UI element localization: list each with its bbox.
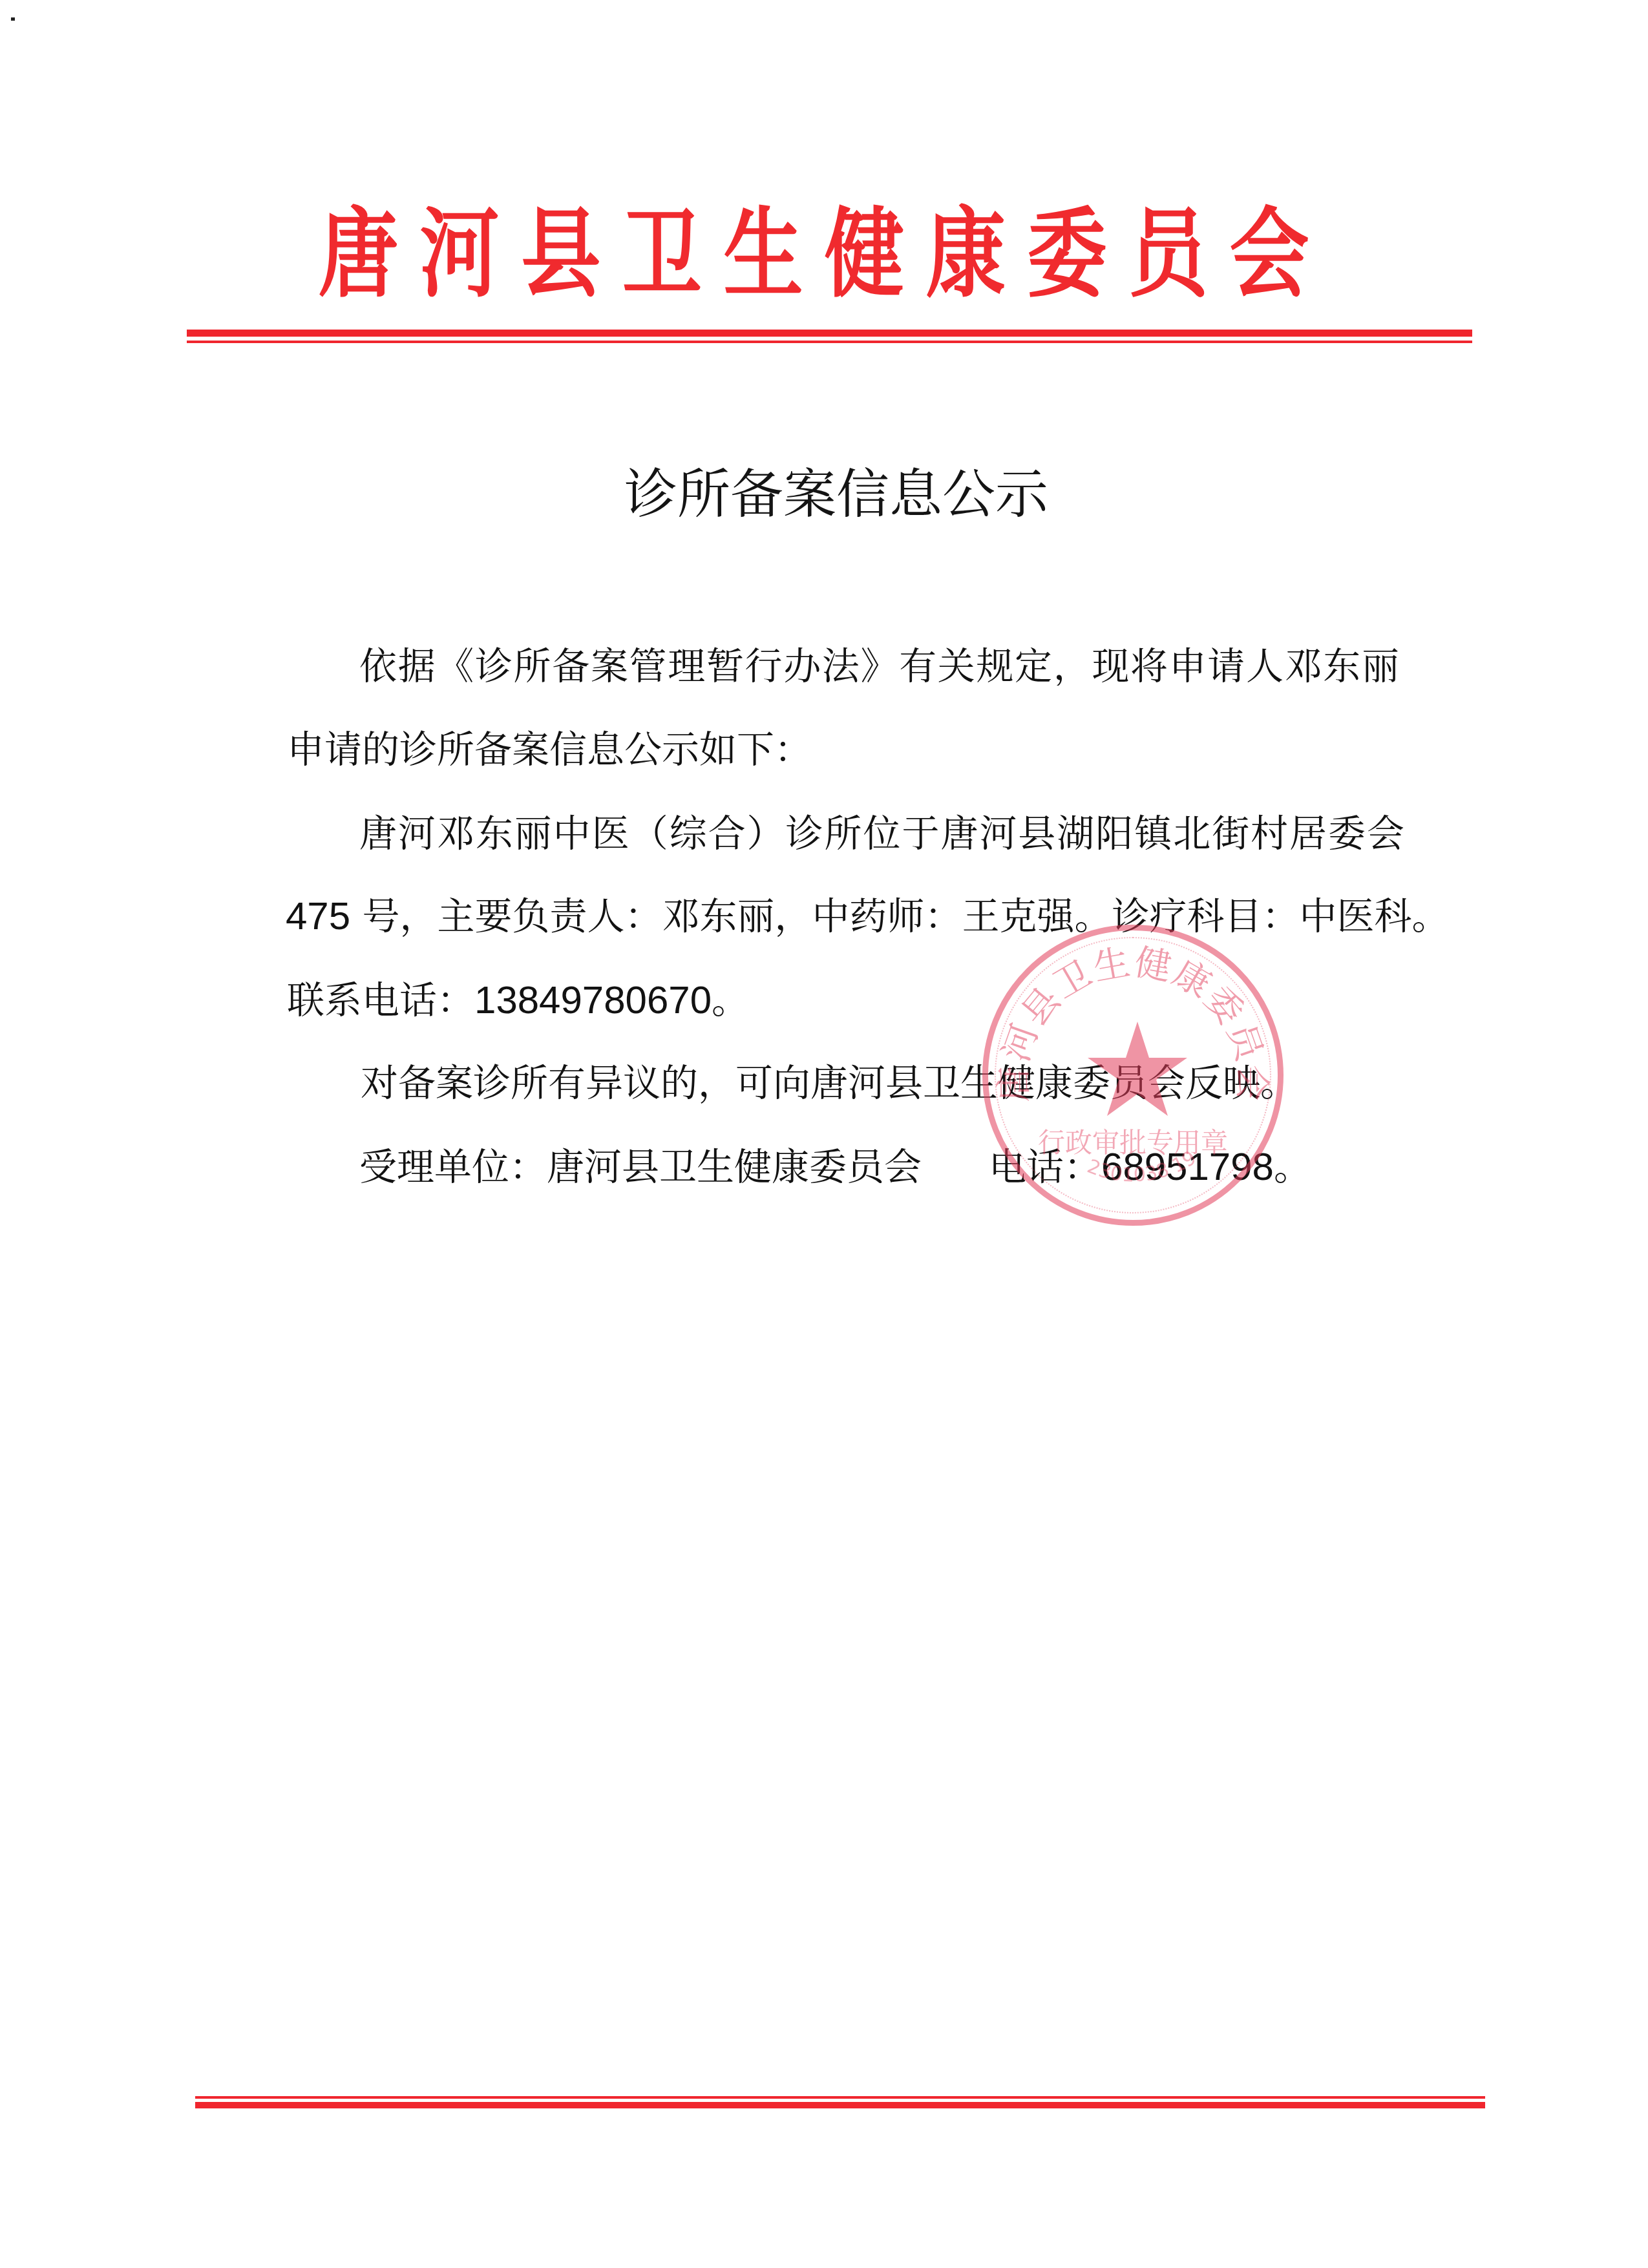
paragraph-2-line-1: 唐河邓东丽中医（综合）诊所位于唐河县湖阳镇北街村居委会 [359,814,1404,853]
org-title: 唐河县卫生健康委员会 [319,205,1331,302]
document-subtitle: 诊所备案信息公示 [624,468,1048,522]
paragraph-1-line-1: 依据《诊所备案管理暂行办法》有关规定，现将申请人邓东丽所 [359,647,1399,686]
scan-speck [11,17,15,21]
house-number: 475 [286,894,350,938]
paragraph-2-line-2-text: 号，主要负责人：邓东丽，中药师：王克强。诊疗科目：中医科。 [350,894,1449,938]
paragraph-2-line-3: 联系电话：13849780670。 [287,981,749,1020]
seal-graphics: 唐河县卫生健康委员会 行政审批专用章 2301038 19 [982,925,1284,1226]
footer-rule-thin [195,2096,1485,2099]
paragraph-1-line-2: 申请的诊所备案信息公示如下： [287,730,812,769]
header-rule-thin [187,341,1472,343]
seal-bottom-text: 行政审批专用章 [1038,1127,1228,1159]
star-icon [1088,1022,1187,1116]
header-rule-thick [187,330,1472,337]
contact-phone-number: 13849780670 [474,978,712,1022]
contact-phone-label: 联系电话： [287,978,474,1022]
contact-phone-end: 。 [712,978,749,1022]
accepting-unit: 受理单位：唐河县卫生健康委员会 [359,1148,922,1186]
footer-rule-thick [195,2102,1485,2108]
official-seal: 唐河县卫生健康委员会 行政审批专用章 2301038 19 [982,925,1284,1226]
